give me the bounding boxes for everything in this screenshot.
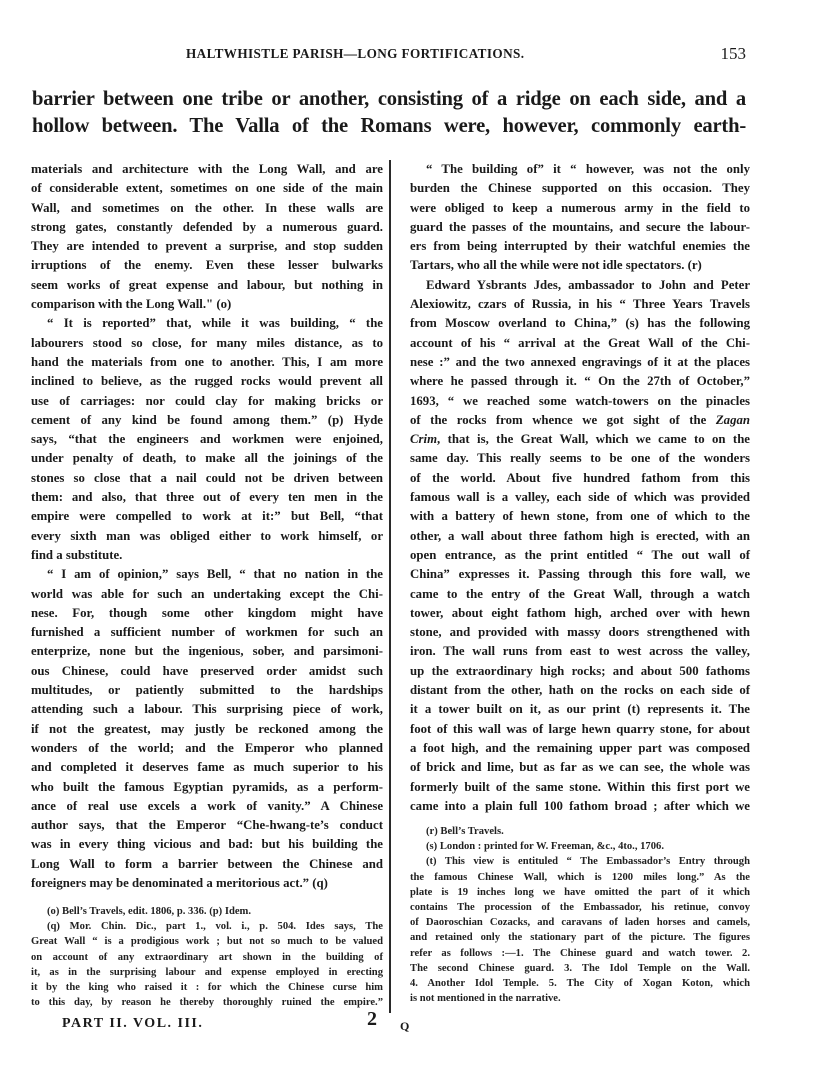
signature-mark: 2 [367,1008,377,1031]
text-line: irruptions of the enemy. Even these less… [31,256,383,275]
text-line: nese. For, though some other kingdom mig… [31,604,383,623]
footnote-line: 4. Another Idol Temple. 5. The City of X… [410,976,750,991]
signature-volume: PART II. VOL. III. [62,1016,203,1032]
text-line: them: and also, that three out of every … [31,488,383,507]
running-head: HALTWHISTLE PARISH—LONG FORTIFICATIONS. … [186,44,746,66]
footnote-o-p: (o) Bell’s Travels, edit. 1806, p. 336. … [31,904,383,919]
footnote-s: (s) London : printed for W. Freeman, &c.… [410,839,750,854]
text-line: and completed it deserves fame as much s… [31,758,383,777]
right-column: “ The building of” it “ however, was not… [410,160,750,816]
text-line: of brick and lime, but as far as we can … [410,758,750,777]
footnote-t: (t) This view is entituled “ The Embassa… [410,854,750,869]
lead-line: barrier between one tribe or another, co… [32,86,746,113]
text-line: world was able for such an undertaking e… [31,585,383,604]
text-line: find a substitute. [31,546,383,565]
text-line: stone, and provided with massy doors str… [410,623,750,642]
text-line: up the extraordinary high rocks; and abo… [410,662,750,681]
footnote-line: is not mentioned in the narrative. [410,991,750,1006]
text-line: wonders of the world; and the Emperor wh… [31,739,383,758]
text-line: seem works of great expense and labour, … [31,276,383,295]
text-line: stones so close that a nail could not be… [31,469,383,488]
right-footnotes: (r) Bell’s Travels. (s) London : printed… [410,824,750,1006]
text-line: of the rocks from whence we got sight of… [410,411,750,430]
running-title: HALTWHISTLE PARISH—LONG FORTIFICATIONS. [186,46,524,62]
lead-paragraph: barrier between one tribe or another, co… [32,86,746,140]
text-line: strong gates, constantly defended by a n… [31,218,383,237]
text-line: Tartars, who all the while were not idle… [410,256,750,275]
footnote-line: of Daoroschian Cozacks, and caravans of … [410,915,750,930]
footnote-line: on account of any extraordinary art show… [31,950,383,965]
text-line: Long Wall to form a barrier between the … [31,855,383,874]
text-line: open entrance, as the print entitled “ T… [410,546,750,565]
text-line: enterprize, none but the ingenious, sobe… [31,642,383,661]
text-line: Crim, that is, the Great Wall, which we … [410,430,750,449]
lead-line: hollow between. The Valla of the Romans … [32,113,746,140]
text-line: materials and architecture with the Long… [31,160,383,179]
text-line: distant from the other, hath on the rock… [410,681,750,700]
text-line: under penalty of death, to make all the … [31,449,383,468]
text-segment: , that is, the Great Wall, which we came… [437,432,750,446]
text-line: Alexiowitz, czars of Russia, in his “ Th… [410,295,750,314]
left-column: materials and architecture with the Long… [31,160,383,893]
text-line: burden the Chinese supported on this occ… [410,179,750,198]
text-line: guard the passes of the mountains, and s… [410,218,750,237]
text-line: 1693, “ we reached some watch-towers on … [410,392,750,411]
text-line: of the world. About five hundred fathom … [410,469,750,488]
text-line: formerly built of the same stone. Within… [410,778,750,797]
text-line: empire were compelled to work at it:” bu… [31,507,383,526]
text-line: “ It is reported” that, while it was bui… [31,314,383,333]
text-line: where he passed through it. “ On the 27t… [410,372,750,391]
text-line: comparison with the Long Wall." (o) [31,295,383,314]
footnote-line: The second Chinese guard. 3. The Idol Te… [410,961,750,976]
text-line: says, “that the engineers and workmen we… [31,430,383,449]
text-line: account of his “ arrival at the Great Wa… [410,334,750,353]
text-line: came into a plain full 100 fathom broad … [410,797,750,816]
text-line: a foot high, and the remaining upper par… [410,739,750,758]
text-line: it a tower built on it, as our print (t)… [410,700,750,719]
text-line: ers from being interrupted by their watc… [410,237,750,256]
italic-term: Crim [410,432,437,446]
text-line: They are intended to prevent a surprise,… [31,237,383,256]
text-line: other, a wall about three fathom high is… [410,527,750,546]
text-line: use of carriages: nor could clay for mak… [31,392,383,411]
text-line: was in every thing vicious and bad: but … [31,835,383,854]
text-line: Edward Ysbrants Jdes, ambassador to John… [410,276,750,295]
text-line: labourers stood so close, for many miles… [31,334,383,353]
text-line: if not the greatest, may justly be recko… [31,720,383,739]
text-line: hand the materials from one to another. … [31,353,383,372]
text-line: of considerable extent, sometimes on one… [31,179,383,198]
footnote-q: (q) Mor. Chin. Dic., part 1., vol. i., p… [31,919,383,934]
footnote-line: the famous Chinese Wall, which is 1200 m… [410,870,750,885]
footnote-line: to this day, by reason he thereby thorou… [31,995,383,1010]
text-line: were obliged to keep a numerous army in … [410,199,750,218]
text-line: “ I am of opinion,” says Bell, “ that no… [31,565,383,584]
text-line: iron. The wall runs from east to west ac… [410,642,750,661]
page-number: 153 [721,44,747,64]
footnote-line: it, as in the surprising labour and expe… [31,965,383,980]
left-footnotes: (o) Bell’s Travels, edit. 1806, p. 336. … [31,904,383,1010]
text-line: author says, that the Emperor “Che-hwang… [31,816,383,835]
text-line: “ The building of” it “ however, was not… [410,160,750,179]
text-line: multitudes, or patiently submitted to th… [31,681,383,700]
text-line: with a battery of hewn stone, from one o… [410,507,750,526]
text-line: tower, about eight fathom high, arched o… [410,604,750,623]
footnote-line: and retained only the stationary part of… [410,930,750,945]
text-line: Wall, and sometimes on the other. In the… [31,199,383,218]
text-line: who built the famous Egyptian pyramids, … [31,778,383,797]
text-line: every sixth man was obliged either to wo… [31,527,383,546]
text-line: from Moscow overland to China,” (s) has … [410,314,750,333]
footnote-line: Great Wall “ is a prodigious work ; but … [31,934,383,949]
text-line: inclined to believe, as the rugged rocks… [31,372,383,391]
text-line: attending such a labour. This surprising… [31,700,383,719]
text-line: foreigners may be denominated a meritori… [31,874,383,893]
text-line: foot of this wall was of large hewn quar… [410,720,750,739]
text-line: China” expresses it. Passing through thi… [410,565,750,584]
column-divider [389,160,391,1013]
text-line: same day. This really seems to be one of… [410,449,750,468]
footnote-line: it by the king who raised it : for which… [31,980,383,995]
text-line: cement of any kind be found among them.”… [31,411,383,430]
italic-term: Zagan [716,413,750,427]
text-line: nese :” and the two annexed engravings o… [410,353,750,372]
footnote-line: contains The procession of the Embassado… [410,900,750,915]
footnote-r: (r) Bell’s Travels. [410,824,750,839]
text-line: famous wall is a valley, each side of wh… [410,488,750,507]
text-line: ance of real use excels a work of vanity… [31,797,383,816]
text-segment: of the rocks from whence we got sight of… [410,413,706,427]
signature-letter: Q [400,1019,409,1034]
footnote-line: plate is 19 inches long we have omitted … [410,885,750,900]
text-line: furnished a sufficient number of workmen… [31,623,383,642]
text-line: ous Chinese, could have preserved order … [31,662,383,681]
text-line: came to the entry of the Great Wall, thr… [410,585,750,604]
footnote-line: refer as follows :—1. The Chinese guard … [410,946,750,961]
